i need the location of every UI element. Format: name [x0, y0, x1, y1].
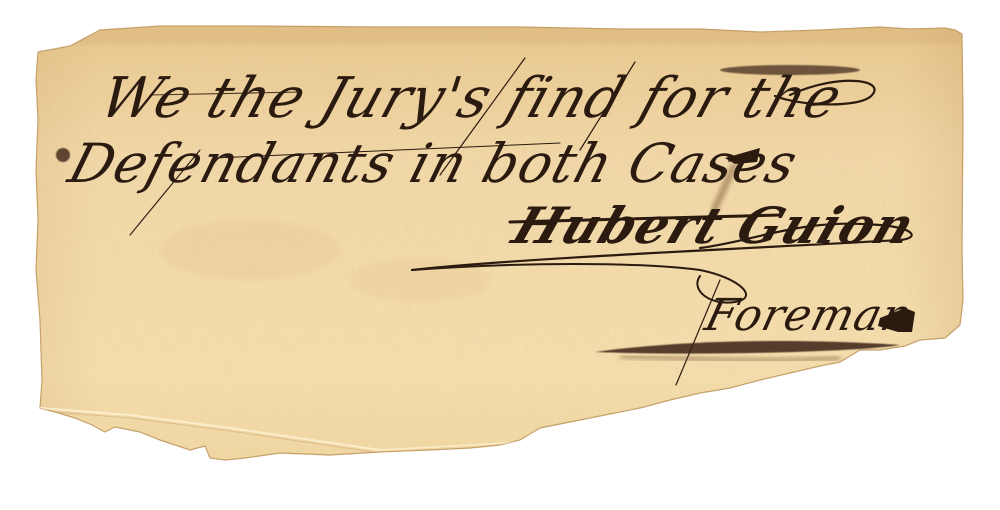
signature-title: Foreman	[700, 290, 918, 341]
verdict-line-2: Defendants in both Cases	[62, 132, 805, 195]
signature-name: Hubert Guion	[505, 196, 923, 255]
document-photo: We the Jury's find for the Defendants in…	[0, 0, 1000, 510]
verdict-line-1: We the Jury's find for the	[92, 66, 850, 131]
